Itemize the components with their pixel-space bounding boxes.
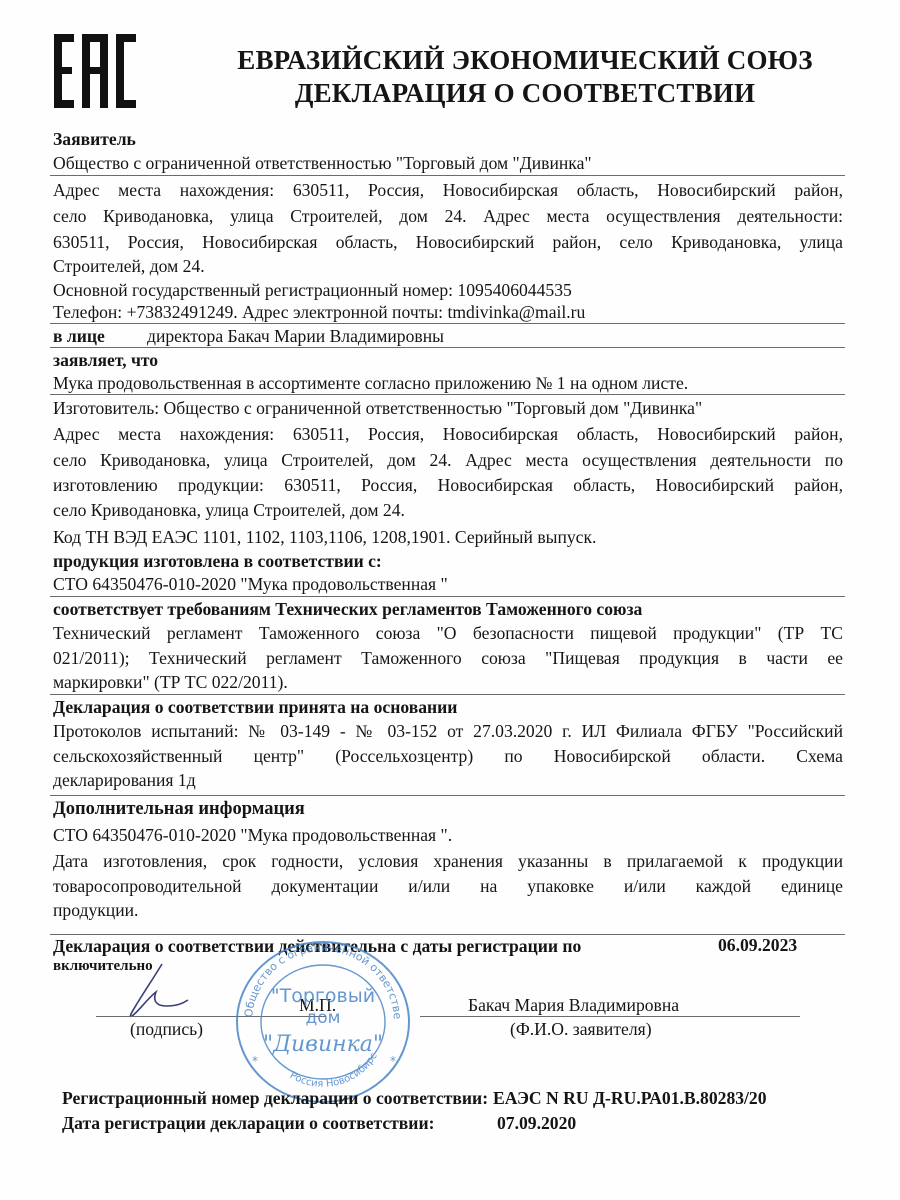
signer-name: Бакач Мария Владимировна xyxy=(468,995,768,1016)
additional-line: СТО 64350476-010-2020 "Мука продовольств… xyxy=(53,825,843,846)
registration-number-label: Регистрационный номер декларации о соотв… xyxy=(62,1088,492,1109)
registration-number: ЕАЭС N RU Д-RU.РА01.В.80283/20 xyxy=(493,1088,833,1109)
applicant-address-line: 630511, Россия, Новосибирская область, Н… xyxy=(53,232,843,253)
divider xyxy=(50,795,845,796)
divider xyxy=(50,347,845,348)
regulation-line: 021/2011); Технический регламент Таможен… xyxy=(53,648,843,669)
produced-per-standard: СТО 64350476-010-2020 "Мука продовольств… xyxy=(53,574,843,595)
name-line xyxy=(420,1016,800,1017)
represented-label: в лице xyxy=(53,326,133,347)
svg-text:*: * xyxy=(252,1054,258,1068)
divider xyxy=(50,694,845,695)
manufacturer-address-line: село Криводановка, улица Строителей, дом… xyxy=(53,500,843,521)
divider xyxy=(50,175,845,176)
manufacturer: Изготовитель: Общество с ограниченной от… xyxy=(53,398,843,419)
ogrn: Основной государственный регистрационный… xyxy=(53,280,843,301)
manufacturer-address-line: село Криводановка, улица Строителей, дом… xyxy=(53,450,843,471)
product-description: Мука продовольственная в ассортименте со… xyxy=(53,373,843,394)
union-title: ЕВРАЗИЙСКИЙ ЭКОНОМИЧЕСКИЙ СОЮЗ xyxy=(150,45,900,76)
contacts: Телефон: +73832491249. Адрес электронной… xyxy=(53,302,843,323)
registration-date-label: Дата регистрации декларации о соответств… xyxy=(62,1113,492,1134)
basis-label: Декларация о соответствии принята на осн… xyxy=(53,697,843,718)
svg-text:дом: дом xyxy=(306,1008,341,1028)
applicant-name: Общество с ограниченной ответственностью… xyxy=(53,153,843,174)
signature-icon xyxy=(118,962,198,1022)
applicant-address-line: Адрес места нахождения: 630511, Россия, … xyxy=(53,180,843,201)
applicant-label: Заявитель xyxy=(53,129,843,150)
signer-caption: (Ф.И.О. заявителя) xyxy=(510,1019,730,1040)
additional-label: Дополнительная информация xyxy=(53,799,843,820)
additional-line: товаросопроводительной документации и/ил… xyxy=(53,876,843,897)
basis-line: декларирования 1д xyxy=(53,770,843,791)
registration-date: 07.09.2020 xyxy=(497,1113,637,1134)
additional-line: Дата изготовления, срок годности, услови… xyxy=(53,851,843,872)
complies-label: соответствует требованиям Технических ре… xyxy=(53,599,843,620)
additional-line: продукции. xyxy=(53,900,843,921)
represented-by: директора Бакач Марии Владимировны xyxy=(147,326,747,347)
document-title: ДЕКЛАРАЦИЯ О СООТВЕТСТВИИ xyxy=(150,78,900,109)
divider xyxy=(50,596,845,597)
produced-per-label: продукция изготовлена в соответствии с: xyxy=(53,551,843,572)
regulation-line: маркировки" (ТР ТС 022/2011). xyxy=(53,672,843,693)
basis-line: сельскохозяйственный центр" (Россельхозц… xyxy=(53,746,843,767)
manufacturer-address-line: изготовлению продукции: 630511, Россия, … xyxy=(53,475,843,496)
declares-label: заявляет, что xyxy=(53,350,843,371)
basis-line: Протоколов испытаний: № 03-149 - № 03-15… xyxy=(53,721,843,742)
divider xyxy=(50,394,845,395)
eac-logo-icon xyxy=(52,30,136,110)
divider xyxy=(50,323,845,324)
manufacturer-address-line: Адрес места нахождения: 630511, Россия, … xyxy=(53,424,843,445)
validity-date: 06.09.2023 xyxy=(718,935,818,956)
applicant-address-line: село Криводановка, улица Строителей, дом… xyxy=(53,206,843,227)
applicant-address-line: Строителей, дом 24. xyxy=(53,256,843,277)
hs-codes: Код ТН ВЭД ЕАЭС 1101, 1102, 1103,1106, 1… xyxy=(53,527,843,548)
svg-text:"Дивинка": "Дивинка" xyxy=(263,1032,383,1057)
company-stamp-icon: Общество с ограниченной ответственностью… xyxy=(230,937,416,1107)
regulation-line: Технический регламент Таможенного союза … xyxy=(53,623,843,644)
svg-text:*: * xyxy=(390,1054,396,1068)
svg-text:"Торговый: "Торговый xyxy=(271,985,375,1007)
